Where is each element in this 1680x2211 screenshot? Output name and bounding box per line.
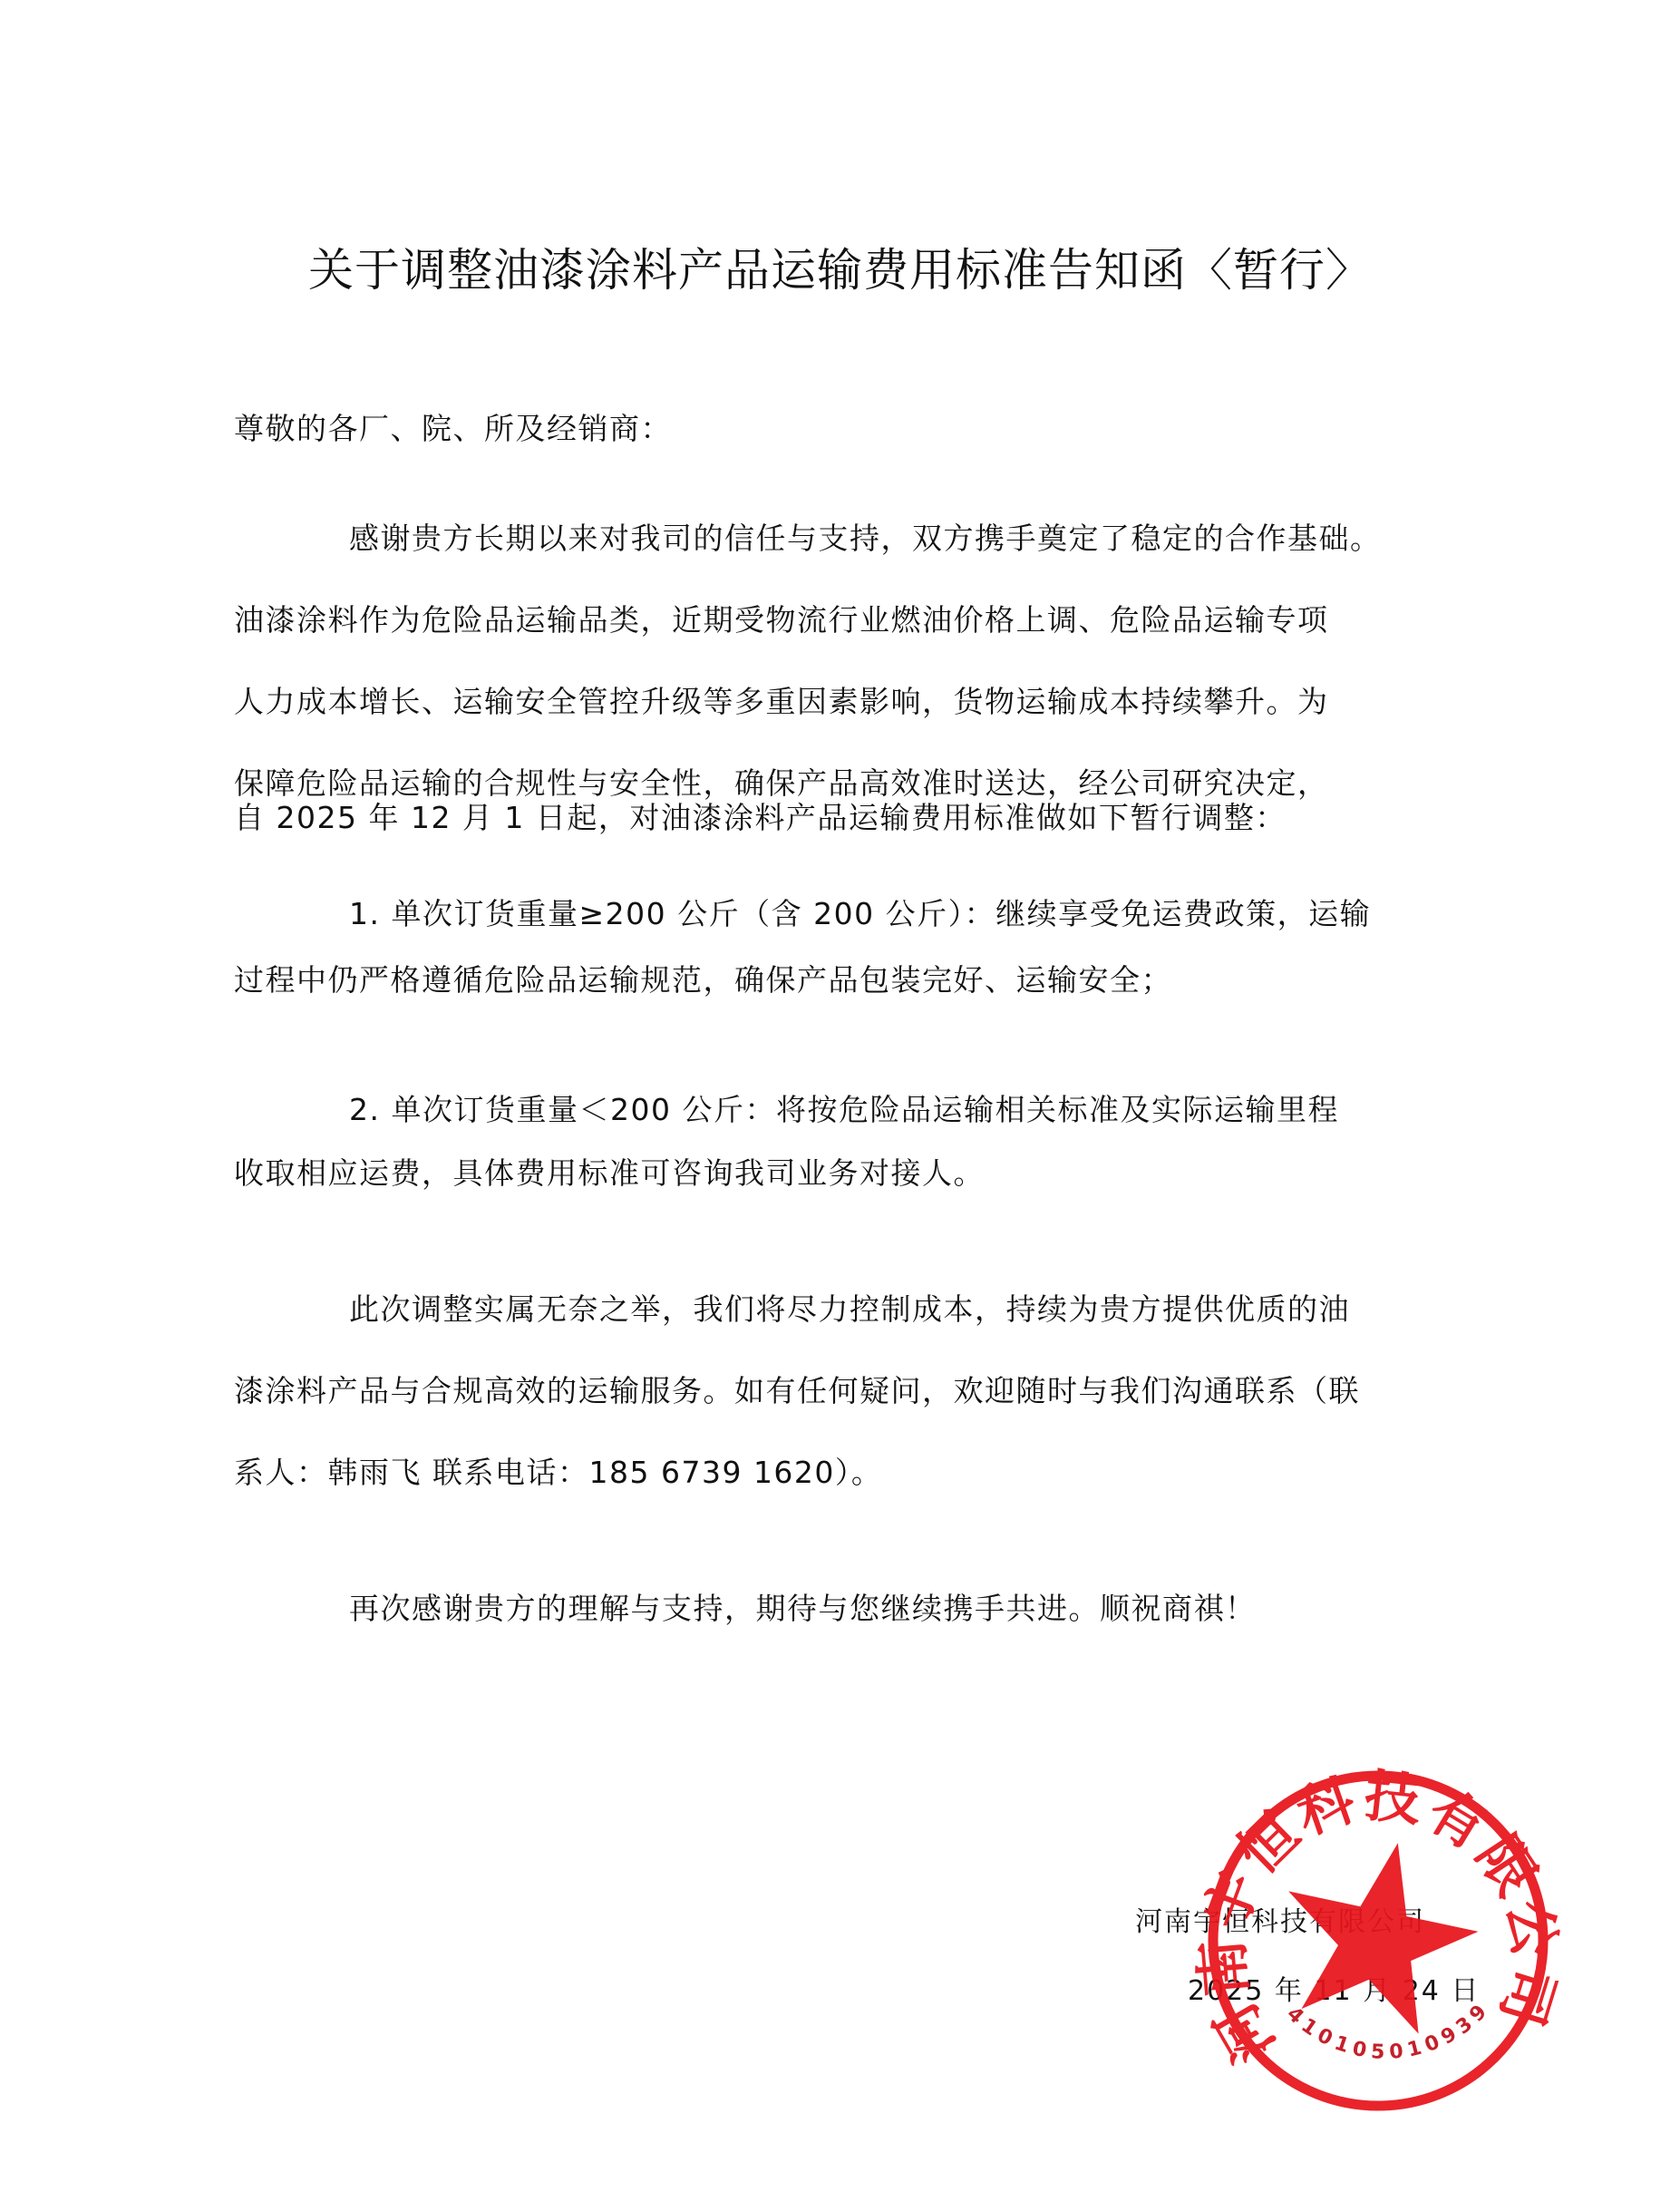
company-seal-stamp: 河南宇恒科技有限公司 4101050109392 [1188, 1755, 1568, 2136]
item-1-line-2: 过程中仍严格遵循危险品运输规范，确保产品包装完好、运输安全； [234, 957, 1172, 999]
paragraph-1-line-2: 油漆涂料作为危险品运输品类，近期受物流行业燃油价格上调、危险品运输专项 [234, 597, 1329, 639]
item-1-line-1: 1. 单次订货重量≥200 公斤（含 200 公斤）：继续享受免运费政策，运输 [349, 891, 1371, 933]
closing-line: 再次感谢贵方的理解与支持，期待与您继续携手共进。顺祝商祺！ [349, 1585, 1257, 1628]
paragraph-1-line-3: 人力成本增长、运输安全管控升级等多重因素影响，货物运输成本持续攀升。为 [234, 678, 1329, 721]
paragraph-2-line-1: 此次调整实属无奈之举，我们将尽力控制成本，持续为贵方提供优质的油 [349, 1286, 1350, 1329]
paragraph-1-line-5: 自 2025 年 12 月 1 日起，对油漆涂料产品运输费用标准做如下暂行调整： [234, 794, 1287, 837]
document-title: 关于调整油漆涂料产品运输费用标准告知函〈暂行〉 [0, 234, 1680, 299]
paragraph-2-line-3: 系人：韩雨飞 联系电话：185 6739 1620）。 [234, 1449, 882, 1492]
item-2-line-1: 2. 单次订货重量＜200 公斤：将按危险品运输相关标准及实际运输里程 [349, 1086, 1339, 1129]
paragraph-1-line-1: 感谢贵方长期以来对我司的信任与支持，双方携手奠定了稳定的合作基础。 [349, 515, 1382, 558]
paragraph-2-line-2: 漆涂料产品与合规高效的运输服务。如有任何疑问，欢迎随时与我们沟通联系（联 [234, 1368, 1360, 1410]
item-2-line-2: 收取相应运费，具体费用标准可咨询我司业务对接人。 [234, 1150, 985, 1193]
greeting: 尊敬的各厂、院、所及经销商： [234, 405, 672, 448]
